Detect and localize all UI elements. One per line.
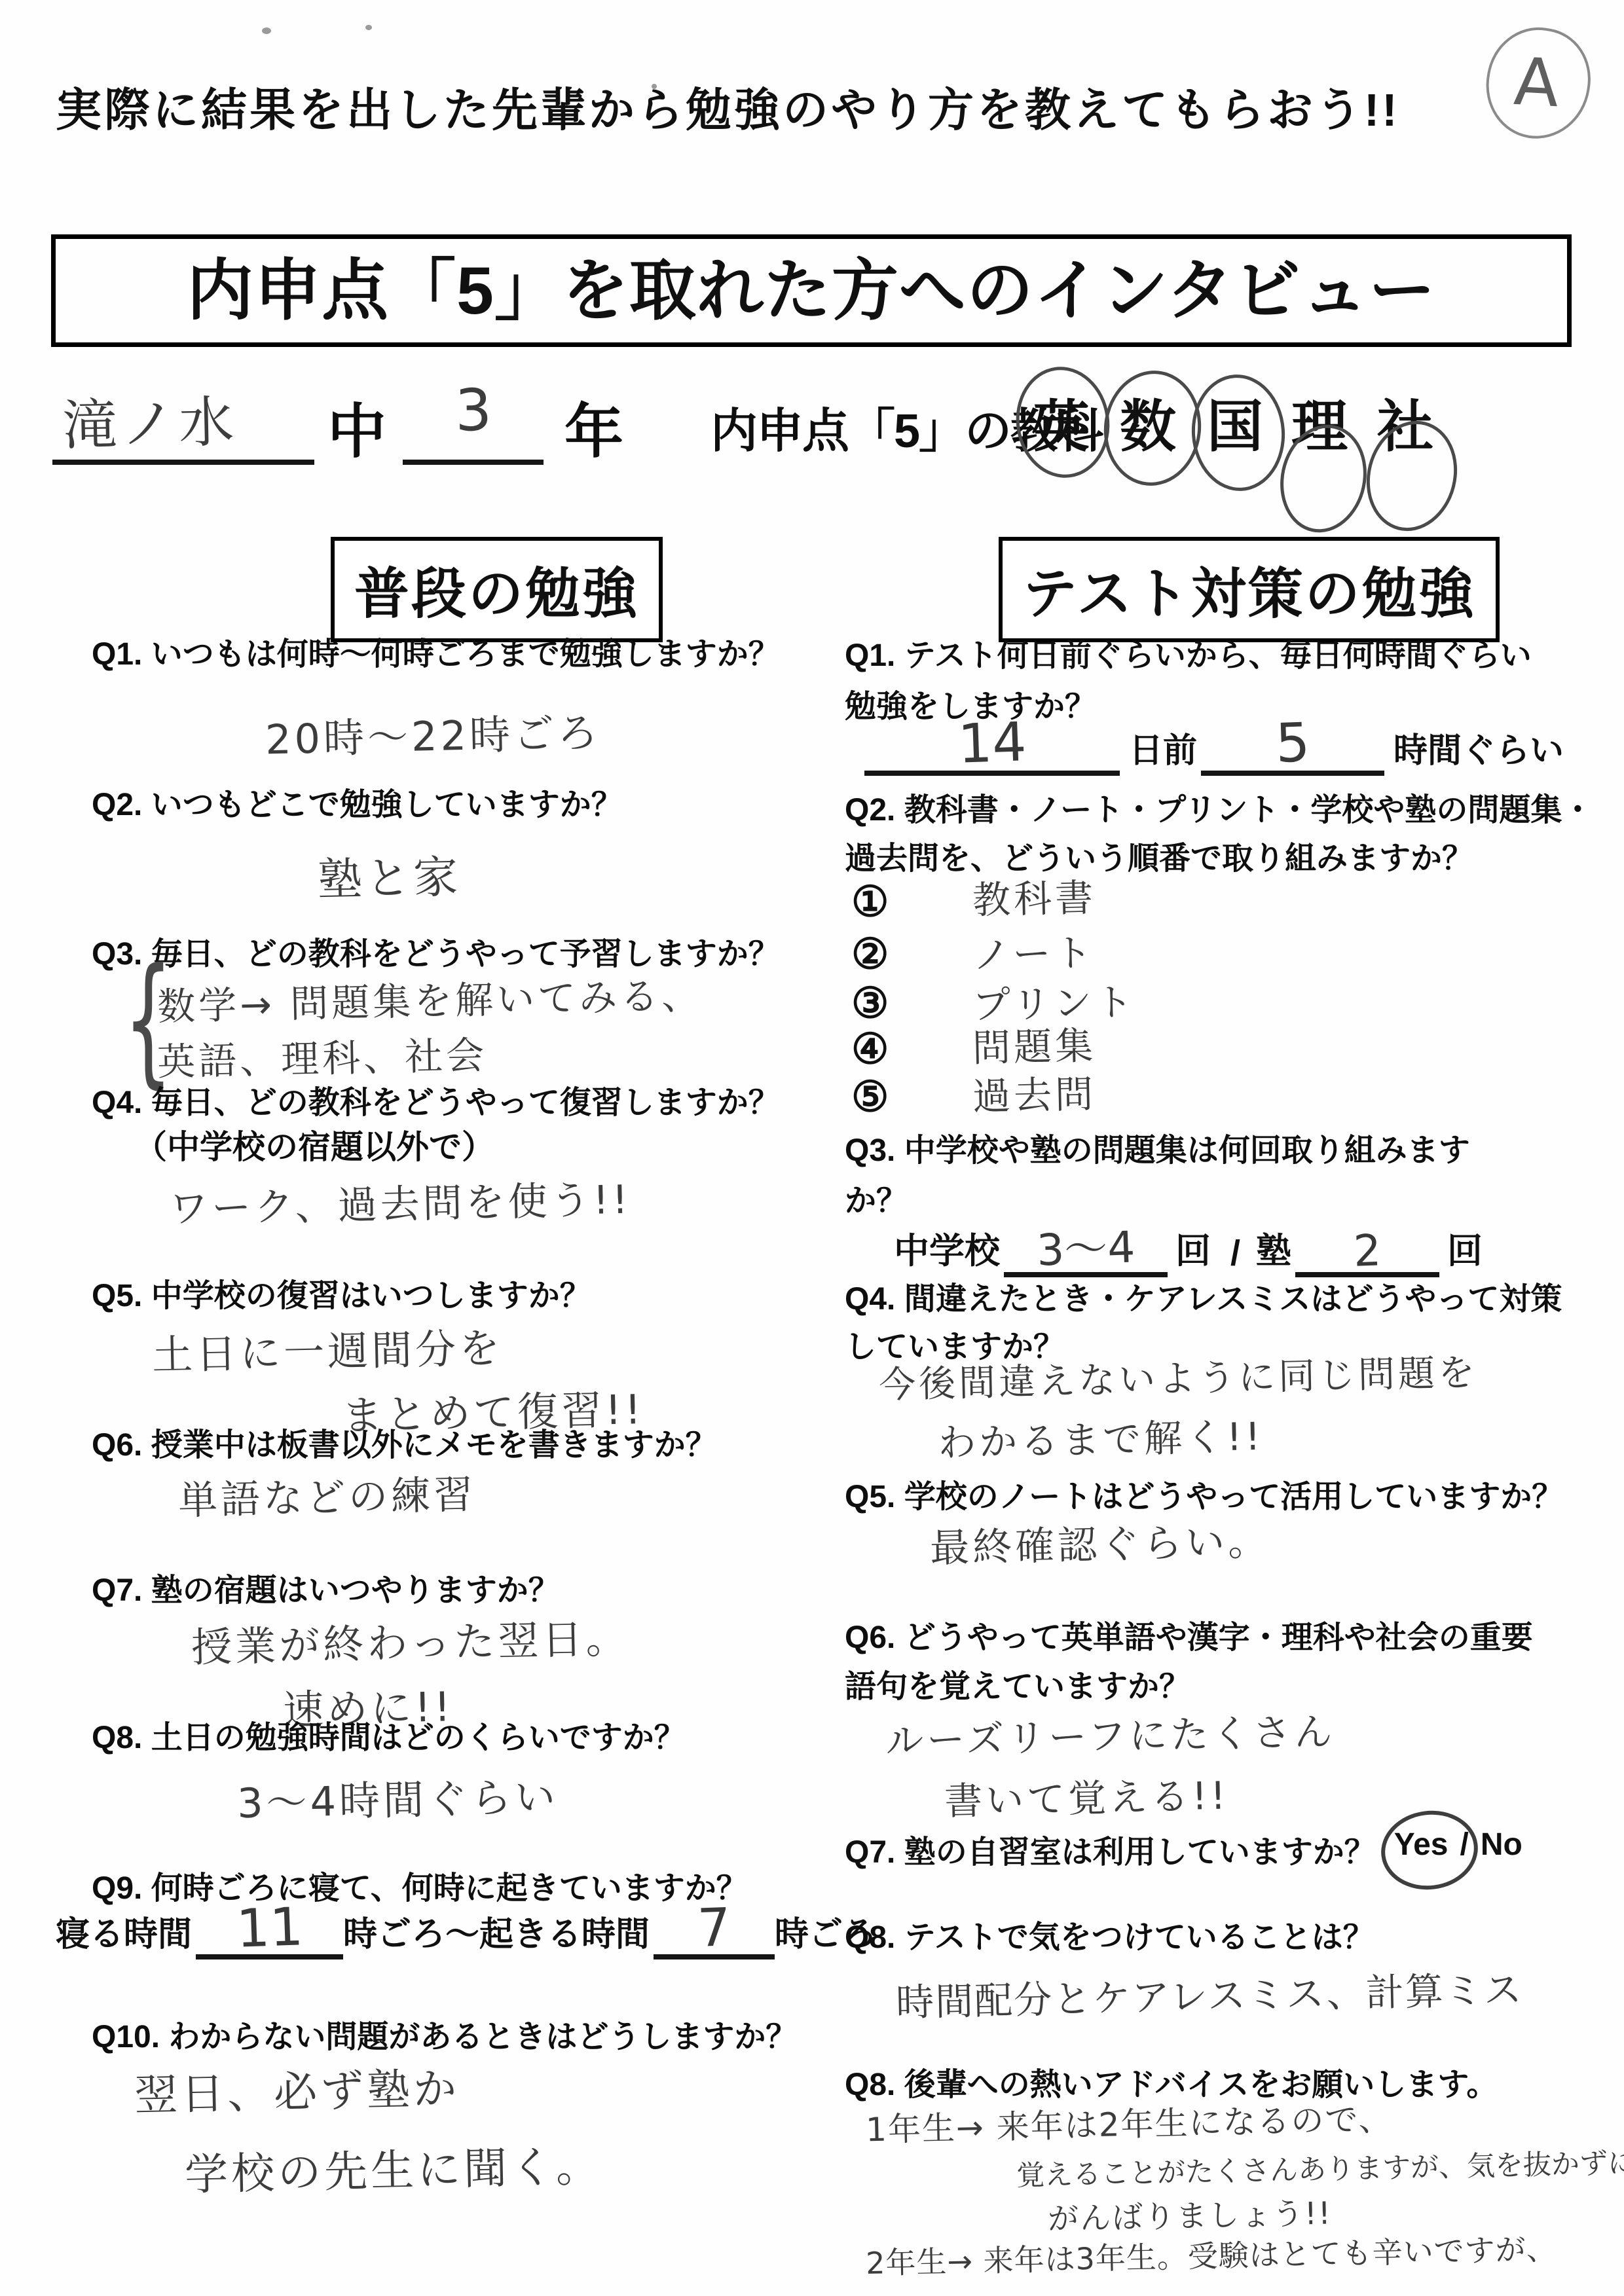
sleep-time-label: 寝る時間 — [56, 1906, 196, 1959]
junior-high-times-blank: 3〜4 — [1004, 1210, 1168, 1277]
right-q3-fill-line: 中学校 3〜4 回 / 塾 2 回 — [894, 1210, 1486, 1277]
no-label: No — [1481, 1827, 1522, 1863]
grade-suffix-label: 年 — [564, 384, 623, 469]
slash-separator: / — [1215, 1233, 1256, 1277]
right-q8: Q8. テストで気をつけていることは？ — [845, 1912, 1375, 1957]
subject-circle-japanese — [1188, 371, 1289, 494]
grade-a-circle-icon: A — [1479, 20, 1598, 147]
left-q2: Q2. いつもどこで勉強していますか？ — [92, 779, 623, 824]
left-q6: Q6. 授業中は板書以外にメモを書きますか？ — [92, 1419, 717, 1465]
left-a4-handwritten: ワーク、過去問を使う!! — [168, 1169, 631, 1235]
subject-circle-english — [1009, 361, 1116, 484]
junior-high-label: 中学校 — [894, 1223, 1004, 1277]
right-q7-text: Q7. 塾の自習室は利用していますか？ — [845, 1827, 1376, 1872]
advice-line2-handwritten: 覚えることがたくさんありますが、気を抜かずに — [1016, 2141, 1624, 2194]
left-a3-line1-handwritten: 数学→ 問題集を解いてみる、 — [157, 964, 703, 1030]
left-a8-handwritten: 3〜4時間ぐらい — [236, 1764, 559, 1829]
left-q5: Q5. 中学校の復習はいつしますか？ — [92, 1270, 591, 1315]
wake-time-blank: 7 — [654, 1893, 775, 1959]
juku-times-handwritten: 2 — [1353, 1225, 1382, 1276]
right-q6-line1: Q6. どうやって英単語や漢字・理科や社会の重要 — [845, 1612, 1533, 1657]
right-a6-line1-handwritten: ルーズリーフにたくさん — [885, 1701, 1336, 1765]
scan-speck — [262, 27, 271, 34]
advice-line1-handwritten: 1年生→ 来年は2年生になるので、 — [865, 2093, 1393, 2151]
right-a8-handwritten: 時間配分とケアレスミス、計算ミス — [895, 1959, 1523, 2027]
wake-time-value-handwritten: 7 — [696, 1897, 731, 1959]
wake-time-label: 時ごろ〜起きる時間 — [343, 1906, 654, 1959]
right-a5-handwritten: 最終確認ぐらい。 — [929, 1510, 1271, 1574]
school-suffix-label: 中 — [327, 384, 386, 469]
left-q4: Q4. 毎日、どの教科をどうやって復習しますか？ — [92, 1077, 780, 1122]
left-q7: Q7. 塾の宿題はいつやりますか？ — [92, 1565, 560, 1610]
right-q2-line2: 過去問を、どういう順番で取り組みますか？ — [845, 833, 1473, 878]
section-header-daily-study: 普段の勉強 — [331, 537, 663, 642]
order-number-2: ② — [851, 930, 889, 979]
order-item-2-handwritten: ノート — [972, 922, 1096, 979]
right-q7-line: Q7. 塾の自習室は利用していますか？ Yes / No — [845, 1827, 1522, 1872]
order-number-1: ① — [851, 877, 889, 926]
order-number-5: ⑤ — [851, 1072, 889, 1121]
right-q4-line1: Q4. 間違えたとき・ケアレスミスはどうやって対策 — [845, 1273, 1562, 1319]
left-a1-handwritten: 20時〜22時ごろ — [265, 701, 602, 766]
sleep-time-value-handwritten: 11 — [235, 1896, 304, 1959]
school-blank-line — [52, 460, 314, 465]
grade-a-letter: A — [1512, 43, 1560, 122]
days-before-blank: 14 — [864, 708, 1120, 776]
right-q3-line1: Q3. 中学校や塾の問題集は何回取り組みます — [845, 1125, 1470, 1170]
subject-circle-social — [1355, 411, 1468, 541]
page-title: 内申点「5」を取れた方へのインタビュー — [51, 234, 1572, 347]
advice-line4-handwritten: 2年生→ 来年は3年生。受験はとても辛いですが、 — [865, 2225, 1557, 2283]
hours-value-handwritten: 5 — [1274, 712, 1310, 775]
days-before-value-handwritten: 14 — [957, 711, 1027, 776]
scanned-questionnaire-page: A 実際に結果を出した先輩から勉強のやり方を教えてもらおう!! 内申点「5」を取… — [0, 0, 1624, 2296]
left-q4-note: （中学校の宿題以外で） — [134, 1121, 494, 1168]
order-number-3: ③ — [851, 979, 889, 1028]
left-a2-handwritten: 塾と家 — [317, 842, 462, 909]
order-number-4: ④ — [851, 1025, 889, 1074]
days-before-label: 日前 — [1120, 723, 1201, 776]
right-q1-fill-line: 14 日前 5 時間ぐらい — [864, 708, 1568, 776]
left-a5-line1-handwritten: 土日に一週間分を — [151, 1315, 504, 1381]
left-a10-line2-handwritten: 学校の先生に聞く。 — [184, 2131, 603, 2202]
juku-label: 塾 — [1256, 1223, 1295, 1277]
hours-label: 時間ぐらい — [1384, 723, 1568, 776]
times-label-1: 回 — [1168, 1223, 1215, 1277]
order-item-5-handwritten: 過去問 — [972, 1063, 1097, 1121]
school-name-handwritten: 滝ノ水 — [62, 378, 238, 461]
right-q1-line1: Q1. テスト何日前ぐらいから、毎日何時間ぐらい — [845, 630, 1532, 675]
yes-circle-annotation — [1376, 1805, 1483, 1895]
times-label-2: 回 — [1439, 1223, 1486, 1277]
left-a10-line1-handwritten: 翌日、必ず塾か — [134, 2054, 460, 2123]
left-q1: Q1. いつもは何時〜何時ごろまで勉強しますか？ — [92, 629, 780, 674]
sleep-time-blank: 11 — [196, 1893, 343, 1959]
hours-blank: 5 — [1201, 708, 1384, 776]
grade-value-handwritten: 3 — [454, 376, 496, 444]
right-q6-line2: 語句を覚えていますか？ — [845, 1661, 1190, 1706]
subject-circle-math — [1098, 366, 1207, 491]
grade-blank-line — [403, 460, 544, 465]
left-q9-fill-line: 寝る時間 11 時ごろ〜起きる時間 7 時ごろ — [56, 1893, 881, 1959]
subject-circle-science — [1270, 416, 1376, 540]
junior-high-times-handwritten: 3〜4 — [1035, 1212, 1135, 1277]
right-q2-line1: Q2. 教科書・ノート・プリント・学校や塾の問題集・ — [845, 784, 1593, 829]
left-q8: Q8. 土日の勉強時間はどのくらいですか？ — [92, 1712, 686, 1757]
order-item-1-handwritten: 教科書 — [972, 867, 1097, 924]
scan-speck — [365, 25, 372, 30]
left-a6-handwritten: 単語などの練習 — [177, 1463, 477, 1526]
juku-times-blank: 2 — [1295, 1222, 1439, 1277]
right-q5: Q5. 学校のノートはどうやって活用していますか？ — [845, 1471, 1563, 1516]
left-a7-line1-handwritten: 授業が終わった翌日。 — [191, 1606, 630, 1673]
page-headline: 実際に結果を出した先輩から勉強のやり方を教えてもらおう!! — [56, 73, 1400, 139]
right-a6-line2-handwritten: 書いて覚える!! — [944, 1764, 1229, 1825]
right-a4-line2-handwritten: わかるまで解く!! — [937, 1406, 1264, 1467]
left-q10: Q10. わからない問題があるときはどうしますか？ — [92, 2011, 797, 2056]
section-header-test-prep: テスト対策の勉強 — [999, 537, 1500, 642]
yes-option: Yes — [1394, 1827, 1449, 1863]
